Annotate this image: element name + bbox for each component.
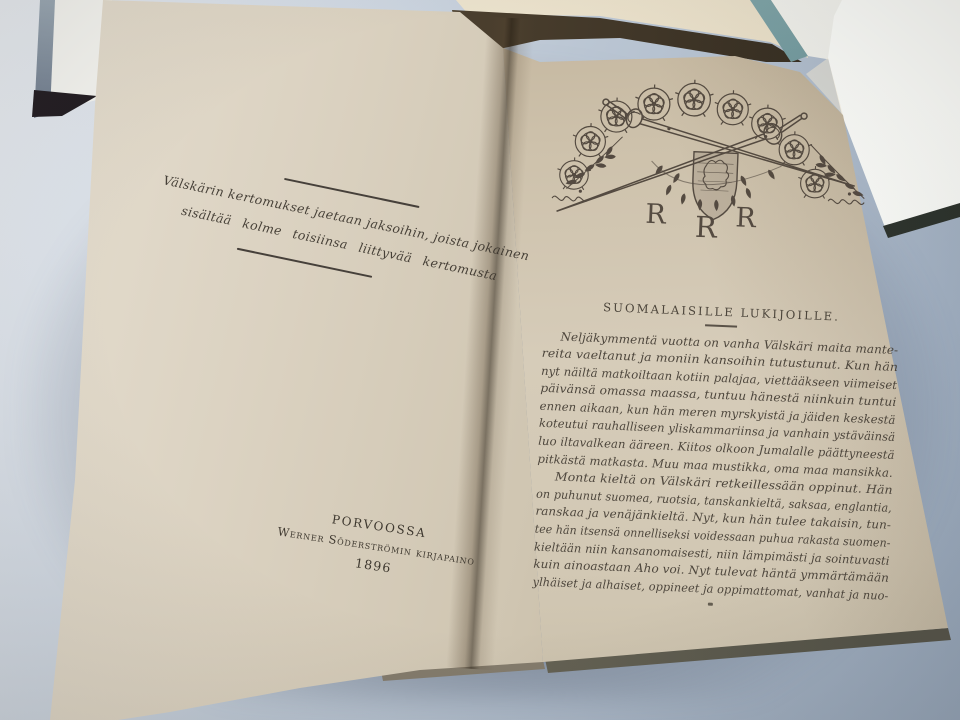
monogram-letter: R [694, 210, 718, 245]
monogram-letter: R [645, 199, 667, 231]
printers-speck [707, 603, 712, 606]
right-page-content: R R R SUOMALAISILLE LUKIJOILLE. Neljäkym… [532, 50, 910, 613]
roses-swords-shield-vignette-ornament: R R R [549, 62, 886, 245]
preface-text: Neljäkymmentä vuotta on vanha Välskäri m… [532, 324, 898, 602]
chapter-heading: SUOMALAISILLE LUKIJOILLE. [543, 298, 899, 326]
heading-rule [705, 324, 737, 327]
ornament-artwork: R R R [550, 74, 868, 245]
photo-open-antique-book: Välskärin kertomukset jaetaan jaksoihin,… [0, 0, 960, 720]
monogram-letter: R [735, 202, 757, 234]
